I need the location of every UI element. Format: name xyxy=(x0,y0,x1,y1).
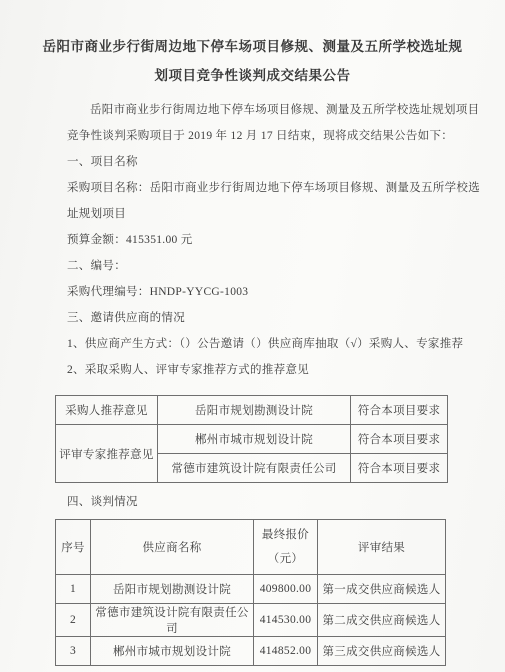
negotiation-table: 序号 供应商名称 最终报价 （元） 评审结果 1 岳阳市规划勘测设计院 4098… xyxy=(55,519,446,666)
recommendation-method-line: 2、采取采购人、评审专家推荐方式的推荐意见 xyxy=(67,357,505,383)
section-3-heading: 三、邀请供应商的情况 xyxy=(67,305,505,331)
section-4-heading: 四、谈判情况 xyxy=(67,489,505,515)
agency-code: 采购代理编号：HNDP-YYCG-1003 xyxy=(67,279,505,305)
recommended-supplier-name: 常德市建筑设计院有限责任公司 xyxy=(158,454,351,483)
project-name-line-2: 址规划项目 xyxy=(67,201,505,227)
recommended-supplier-name: 岳阳市规划勘测设计院 xyxy=(158,396,351,425)
final-price: 409800.00 xyxy=(254,575,318,604)
negotiation-table-row-3: 3 郴州市城市规划设计院 414852.00 第三成交供应商候选人 xyxy=(56,637,446,666)
negotiation-table-row-2: 2 常德市建筑设计院有限责任公司 414530.00 第二成交供应商候选人 xyxy=(56,604,446,637)
recommendation-result: 符合本项目要求 xyxy=(351,425,448,454)
expert-recommendation-label: 评审专家推荐意见 xyxy=(56,425,158,483)
column-header-final-price: 最终报价 （元） xyxy=(254,520,318,575)
section-2-heading: 二、编号： xyxy=(67,253,505,279)
column-header-serial-no: 序号 xyxy=(56,520,91,575)
title-line-1: 岳阳市商业步行街周边地下停车场项目修规、测量及五所学校选址规 xyxy=(0,32,505,61)
column-header-supplier-name: 供应商名称 xyxy=(91,520,254,575)
serial-no: 3 xyxy=(56,637,91,666)
review-result: 第三成交供应商候选人 xyxy=(318,637,446,666)
project-name-line-1: 采购项目名称：岳阳市商业步行街周边地下停车场项目修规、测量及五所学校选 xyxy=(67,175,505,201)
announcement-document: 岳阳市商业步行街周边地下停车场项目修规、测量及五所学校选址规 划项目竞争性谈判成… xyxy=(0,0,505,672)
supplier-name: 常德市建筑设计院有限责任公司 xyxy=(91,604,254,637)
final-price: 414530.00 xyxy=(254,604,318,637)
review-result: 第二成交供应商候选人 xyxy=(318,604,446,637)
budget-amount: 预算金额：415351.00 元 xyxy=(67,227,505,253)
purchaser-recommendation-label: 采购人推荐意见 xyxy=(56,396,158,425)
serial-no: 1 xyxy=(56,575,91,604)
final-price: 414852.00 xyxy=(254,637,318,666)
column-header-final-price-line-1: 最终报价 xyxy=(256,523,315,547)
serial-no: 2 xyxy=(56,604,91,637)
recommendation-result: 符合本项目要求 xyxy=(351,396,448,425)
supplier-name: 郴州市城市规划设计院 xyxy=(91,637,254,666)
column-header-review-result: 评审结果 xyxy=(318,520,446,575)
recommendation-table-row-2: 评审专家推荐意见 郴州市城市规划设计院 符合本项目要求 xyxy=(56,425,448,454)
review-result: 第一成交供应商候选人 xyxy=(318,575,446,604)
intro-line-1: 岳阳市商业步行街周边地下停车场项目修规、测量及五所学校选址规划项目 xyxy=(67,97,505,123)
recommendation-table: 采购人推荐意见 岳阳市规划勘测设计院 符合本项目要求 评审专家推荐意见 郴州市城… xyxy=(55,395,448,483)
document-body: 岳阳市商业步行街周边地下停车场项目修规、测量及五所学校选址规划项目 竞争性谈判采… xyxy=(0,97,505,666)
document-title: 岳阳市商业步行街周边地下停车场项目修规、测量及五所学校选址规 划项目竞争性谈判成… xyxy=(0,0,505,90)
negotiation-table-header-row: 序号 供应商名称 最终报价 （元） 评审结果 xyxy=(56,520,446,575)
recommendation-table-row-1: 采购人推荐意见 岳阳市规划勘测设计院 符合本项目要求 xyxy=(56,396,448,425)
column-header-final-price-line-2: （元） xyxy=(256,547,315,571)
supplier-name: 岳阳市规划勘测设计院 xyxy=(91,575,254,604)
title-line-2: 划项目竞争性谈判成交结果公告 xyxy=(0,61,505,90)
recommendation-result: 符合本项目要求 xyxy=(351,454,448,483)
intro-line-2: 竞争性谈判采购项目于 2019 年 12 月 17 日结束，现将成交结果公告如下… xyxy=(67,123,505,149)
recommended-supplier-name: 郴州市城市规划设计院 xyxy=(158,425,351,454)
supplier-selection-method-line: 1、供应商产生方式：（）公告邀请（）供应商库抽取（√）采购人、专家推荐 xyxy=(67,331,505,357)
negotiation-table-row-1: 1 岳阳市规划勘测设计院 409800.00 第一成交供应商候选人 xyxy=(56,575,446,604)
section-1-heading: 一、项目名称 xyxy=(67,149,505,175)
